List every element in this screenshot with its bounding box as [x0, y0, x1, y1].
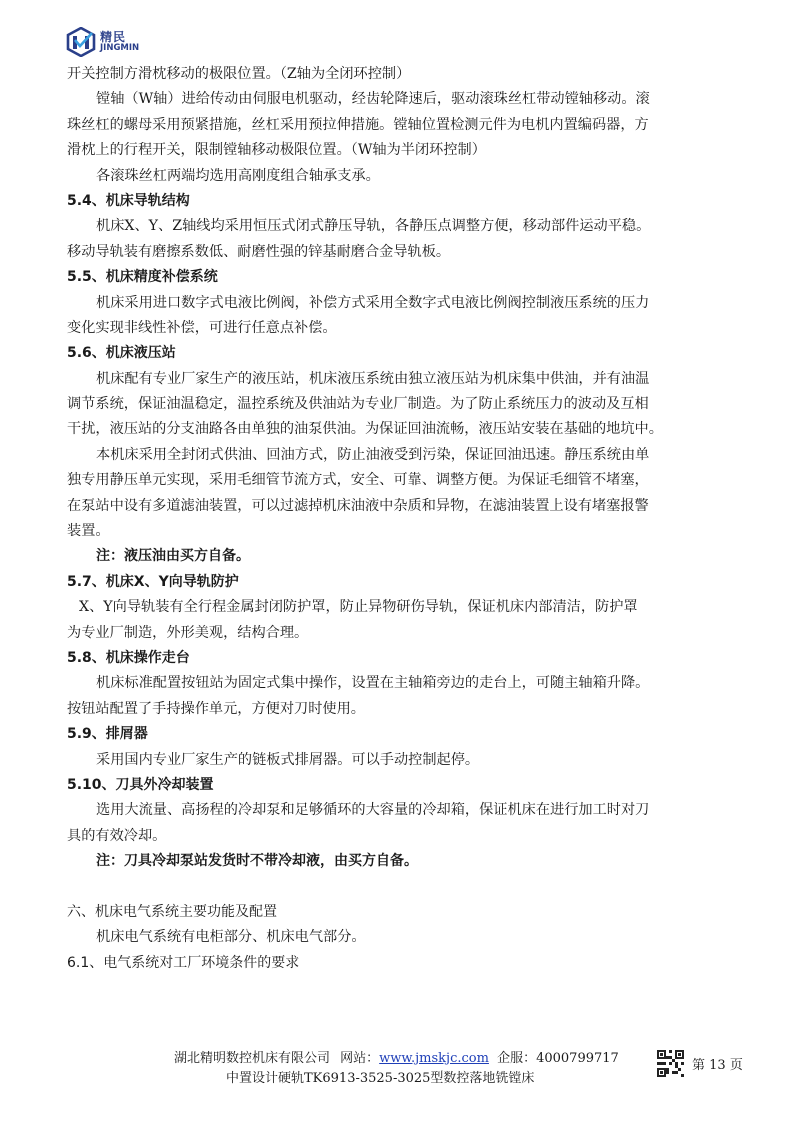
product-name: 中置设计硬轨TK6913-3525-3025型数控落地铣镗床	[226, 1067, 534, 1086]
paragraph-line: 按钮站配置了手持操作单元，方便对刀时使用。	[67, 697, 739, 722]
paragraph-line: 调节系统，保证油温稳定，温控系统及供油站为专业厂制造。为了防止系统压力的波动及互…	[67, 392, 739, 417]
section-heading: 6.1、电气系统对工厂环境条件的要求	[67, 951, 739, 976]
paragraph-line: 为专业厂制造，外形美观，结构合理。	[67, 621, 739, 646]
logo-chinese-text: 精民	[100, 31, 139, 43]
paragraph-line: 具的有效冷却。	[67, 824, 739, 849]
paragraph-line: 本机床采用全封闭式供油、回油方式，防止油液受到污染，保证回油迅速。静压系统由单	[67, 443, 739, 468]
paragraph-line: 机床电气系统有电柜部分、机床电气部分。	[67, 925, 739, 950]
company-name: 湖北精明数控机床有限公司	[174, 1051, 330, 1066]
section-heading: 六、机床电气系统主要功能及配置	[67, 900, 739, 925]
section-heading: 5.6、机床液压站	[67, 341, 739, 366]
page-prefix: 第	[692, 1058, 705, 1073]
paragraph-line: 装置。	[67, 519, 739, 544]
page-suffix: 页	[730, 1058, 743, 1073]
note-text: 注：液压油由买方自备。	[67, 544, 739, 569]
section-heading: 5.7、机床X、Y向导轨防护	[67, 570, 739, 595]
company-logo: 精民 JINGMIN	[66, 27, 139, 57]
service-label: 企服：	[497, 1051, 536, 1066]
paragraph-line: 采用国内专业厂家生产的链板式排屑器。可以手动控制起停。	[67, 748, 739, 773]
paragraph-line: 开关控制方滑枕移动的极限位置。（Z轴为全闭环控制）	[67, 62, 739, 87]
paragraph-line: 机床标准配置按钮站为固定式集中操作，设置在主轴箱旁边的走台上，可随主轴箱升降。	[67, 671, 739, 696]
paragraph-line: X、Y向导轨装有全行程金属封闭防护罩，防止异物研伤导轨，保证机床内部清洁，防护罩	[67, 595, 739, 620]
section-heading: 5.4、机床导轨结构	[67, 189, 739, 214]
document-body: 开关控制方滑枕移动的极限位置。（Z轴为全闭环控制）镗轴（W轴）进给传动由伺服电机…	[67, 62, 739, 976]
paragraph-line: 选用大流量、高扬程的冷却泵和足够循环的大容量的冷却箱，保证机床在进行加工时对刀	[67, 798, 739, 823]
section-heading: 5.9、排屑器	[67, 722, 739, 747]
page-number-value: 13	[709, 1058, 726, 1073]
page-number: 第 13 页	[692, 1054, 743, 1073]
footer-company-line: 湖北精明数控机床有限公司 网站：www.jmskjc.com 企服：400079…	[174, 1047, 619, 1066]
qr-code-icon	[657, 1050, 684, 1077]
spacer	[67, 875, 739, 900]
paragraph-line: 变化实现非线性补偿，可进行任意点补偿。	[67, 316, 739, 341]
paragraph-line: 机床采用进口数字式电液比例阀，补偿方式采用全数字式电液比例阀控制液压系统的压力	[67, 291, 739, 316]
paragraph-line: 珠丝杠的螺母采用预紧措施，丝杠采用预拉伸措施。镗轴位置检测元件为电机内置编码器，…	[67, 113, 739, 138]
note-text: 注：刀具冷却泵站发货时不带冷却液，由买方自备。	[67, 849, 739, 874]
jingmin-logo-icon	[66, 27, 96, 57]
paragraph-line: 在泵站中设有多道滤油装置，可以过滤掉机床油液中杂质和异物，在滤油装置上设有堵塞报…	[67, 494, 739, 519]
website-link[interactable]: www.jmskjc.com	[379, 1051, 489, 1066]
section-heading: 5.5、机床精度补偿系统	[67, 265, 739, 290]
paragraph-line: 独专用静压单元实现，采用毛细管节流方式，安全、可靠、调整方便。为保证毛细管不堵塞…	[67, 468, 739, 493]
paragraph-line: 干扰，液压站的分支油路各由单独的油泵供油。为保证回油流畅，液压站安装在基础的地坑…	[67, 417, 739, 442]
paragraph-line: 滑枕上的行程开关，限制镗轴移动极限位置。（W轴为半闭环控制）	[67, 138, 739, 163]
logo-english-text: JINGMIN	[100, 44, 139, 53]
paragraph-line: 各滚珠丝杠两端均选用高刚度组合轴承支承。	[67, 164, 739, 189]
service-phone: 4000799717	[536, 1051, 619, 1066]
section-heading: 5.8、机床操作走台	[67, 646, 739, 671]
paragraph-line: 移动导轨装有磨擦系数低、耐磨性强的锌基耐磨合金导轨板。	[67, 240, 739, 265]
paragraph-line: 镗轴（W轴）进给传动由伺服电机驱动，经齿轮降速后，驱动滚珠丝杠带动镗轴移动。滚	[67, 87, 739, 112]
section-heading: 5.10、刀具外冷却装置	[67, 773, 739, 798]
paragraph-line: 机床X、Y、Z轴线均采用恒压式闭式静压导轨，各静压点调整方便，移动部件运动平稳。	[67, 214, 739, 239]
website-label: 网站：	[340, 1051, 379, 1066]
paragraph-line: 机床配有专业厂家生产的液压站，机床液压系统由独立液压站为机床集中供油，并有油温	[67, 367, 739, 392]
